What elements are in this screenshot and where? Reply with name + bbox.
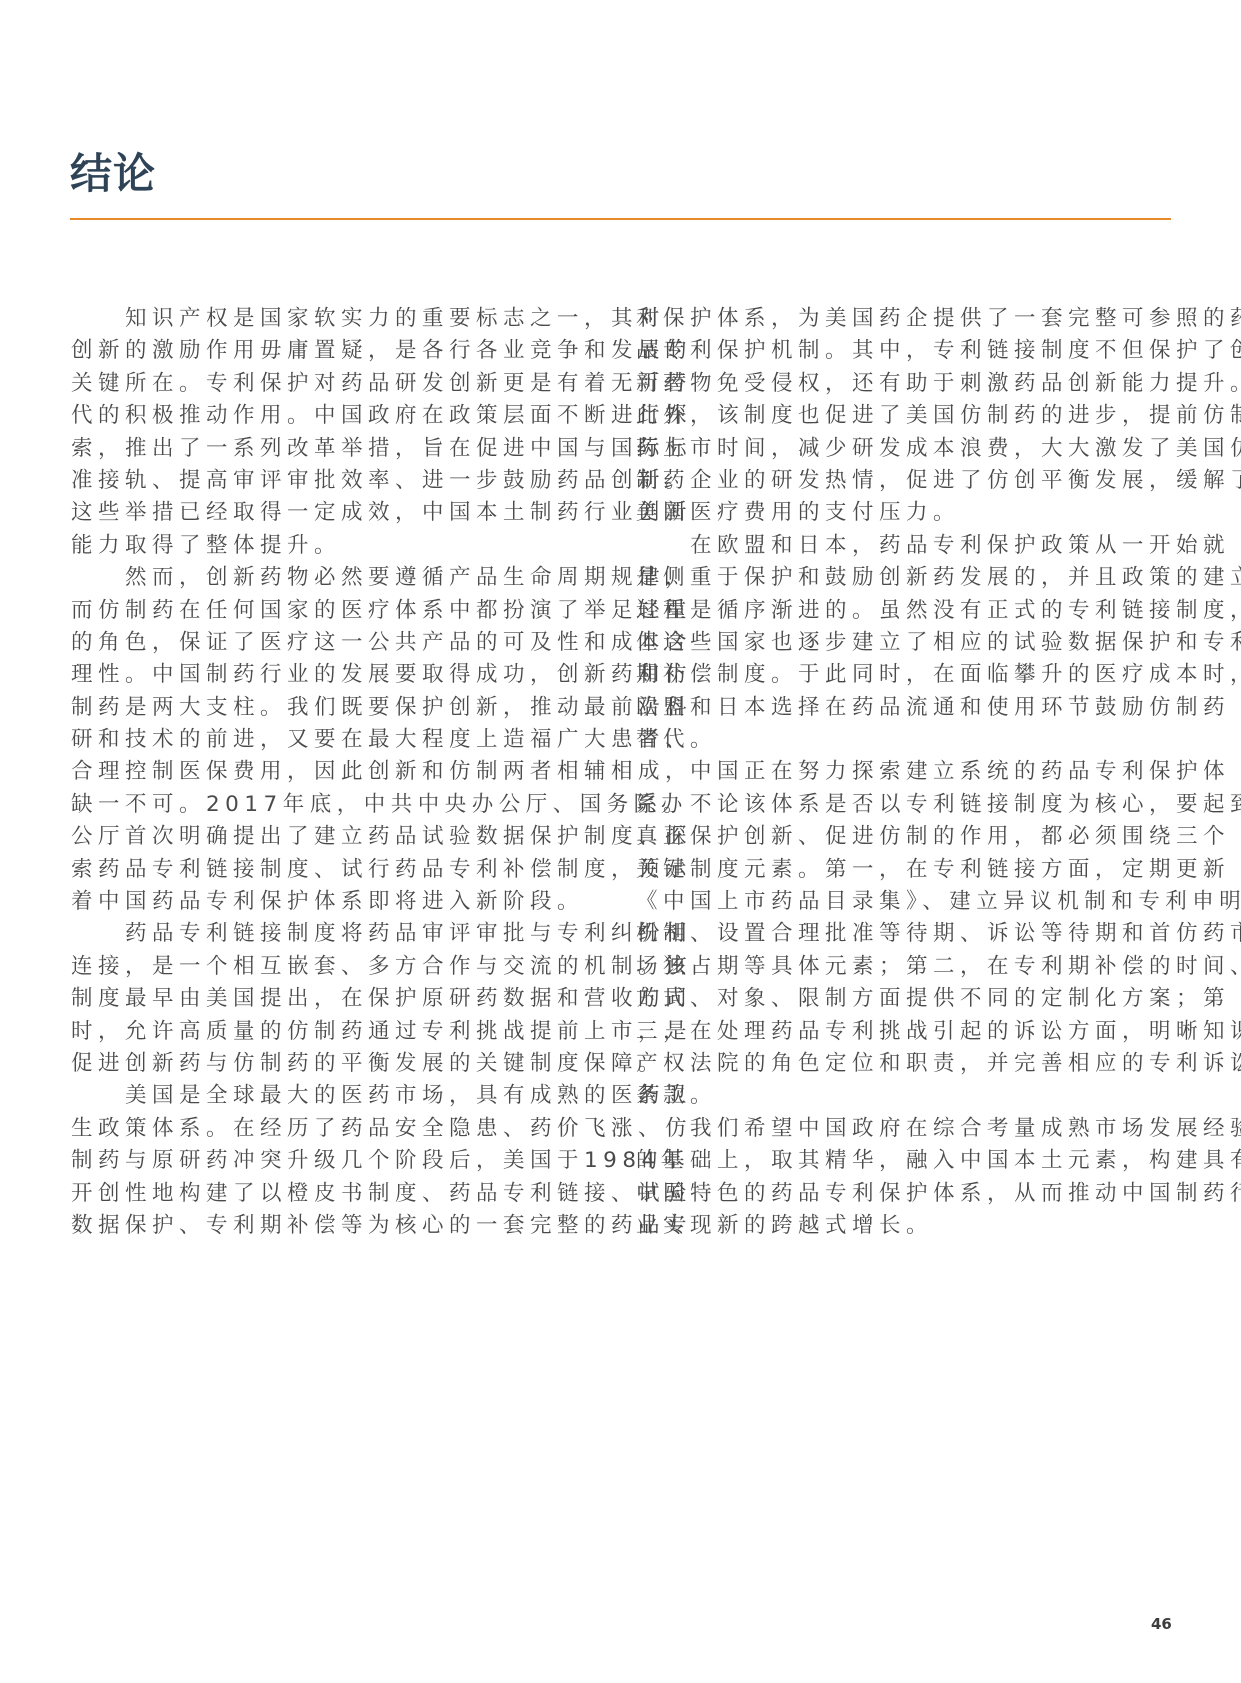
- text-line: 新药物免受侵权，还有助于刺激药品创新能力提升。: [636, 368, 1176, 400]
- text-line: 公厅首次明确提出了建立药品试验数据保护制度、探: [71, 821, 611, 853]
- text-line: 制度最早由美国提出，在保护原研药数据和营收的同: [71, 983, 611, 1015]
- page-number: 46: [1151, 1615, 1172, 1633]
- text-line: 药品专利链接制度将药品审评审批与专利纠纷相: [71, 918, 611, 950]
- text-line: 药上市时间，减少研发成本浪费，大大激发了美国仿: [636, 433, 1176, 465]
- text-line: 中国特色的药品专利保护体系，从而推动中国制药行: [636, 1178, 1176, 1210]
- text-line: 关键制度元素。第一，在专利链接方面，定期更新: [636, 854, 1176, 886]
- text-line: 但这些国家也逐步建立了相应的试验数据保护和专利: [636, 627, 1176, 659]
- text-line: 产权法院的角色定位和职责，并完善相应的专利诉讼: [636, 1048, 1176, 1080]
- text-line: 品专利保护机制。其中，专利链接制度不但保护了创: [636, 335, 1176, 367]
- text-line: 过程是循序渐进的。虽然没有正式的专利链接制度，: [636, 595, 1176, 627]
- text-line: 理性。中国制药行业的发展要取得成功，创新药和仿: [71, 659, 611, 691]
- text-line: 着中国药品专利保护体系即将进入新阶段。: [71, 886, 611, 918]
- text-line: 数据保护、专利期补偿等为核心的一套完整的药品专: [71, 1210, 611, 1242]
- text-line: 索，推出了一系列改革举措，旨在促进中国与国际标: [71, 433, 611, 465]
- text-line: 缺一不可。2017年底，中共中央办公厅、国务院办: [71, 789, 611, 821]
- text-line: 代的积极推动作用。中国政府在政策层面不断进行探: [71, 400, 611, 432]
- text-line: 场独占期等具体元素；第二，在专利期补偿的时间、: [636, 951, 1176, 983]
- text-line: 条款。: [636, 1080, 1176, 1112]
- text-line: 连接，是一个相互嵌套、多方合作与交流的机制。该: [71, 951, 611, 983]
- text-line: 研和技术的前进，又要在最大程度上造福广大患者、: [71, 724, 611, 756]
- text-line: 然而，创新药物必然要遵循产品生命周期规律，: [71, 562, 611, 594]
- text-line: 开创性地构建了以橙皮书制度、药品专利链接、试验: [71, 1178, 611, 1210]
- text-line: 时，允许高质量的仿制药通过专利挑战提前上市，是: [71, 1016, 611, 1048]
- text-line: 利保护体系，为美国药企提供了一套完整可参照的药: [636, 303, 1176, 335]
- text-line: 的基础上，取其精华，融入中国本土元素，构建具有: [636, 1145, 1176, 1177]
- text-line: 生政策体系。在经历了药品安全隐患、药价飞涨、仿: [71, 1113, 611, 1145]
- text-line: 此外，该制度也促进了美国仿制药的进步，提前仿制: [636, 400, 1176, 432]
- text-line: 准接轨、提高审评审批效率、进一步鼓励药品创新。: [71, 465, 611, 497]
- text-line: 《中国上市药品目录集》、建立异议机制和专利申明: [636, 886, 1176, 918]
- text-line: 促进创新药与仿制药的平衡发展的关键制度保障。: [71, 1048, 611, 1080]
- text-line: 合理控制医保费用，因此创新和仿制两者相辅相成，: [71, 756, 611, 788]
- text-line: 三，在处理药品专利挑战引起的诉讼方面，明晰知识: [636, 1016, 1176, 1048]
- text-line: 系。不论该体系是否以专利链接制度为核心，要起到: [636, 789, 1176, 821]
- right-column: 利保护体系，为美国药企提供了一套完整可参照的药 品专利保护机制。其中，专利链接制…: [636, 303, 1176, 1242]
- text-line: 制药是两大支柱。我们既要保护创新，推动最前沿科: [71, 692, 611, 724]
- text-line: 这些举措已经取得一定成效，中国本土制药行业创新: [71, 497, 611, 529]
- page-title: 结论: [70, 146, 156, 202]
- text-line: 方式、对象、限制方面提供不同的定制化方案；第: [636, 983, 1176, 1015]
- text-line: 制药与原研药冲突升级几个阶段后，美国于1984年: [71, 1145, 611, 1177]
- left-column: 知识产权是国家软实力的重要标志之一，其对 创新的激励作用毋庸置疑，是各行各业竞争…: [71, 303, 611, 1242]
- text-line: 能力取得了整体提升。: [71, 530, 611, 562]
- text-line: 在欧盟和日本，药品专利保护政策从一开始就: [636, 530, 1176, 562]
- text-line: 我们希望中国政府在综合考量成熟市场发展经验: [636, 1113, 1176, 1145]
- text-line: 关键所在。专利保护对药品研发创新更是有着无可替: [71, 368, 611, 400]
- text-line: 知识产权是国家软实力的重要标志之一，其对: [71, 303, 611, 335]
- text-line: 创新的激励作用毋庸置疑，是各行各业竞争和发展的: [71, 335, 611, 367]
- text-line: 机制、设置合理批准等待期、诉讼等待期和首仿药市: [636, 918, 1176, 950]
- text-line: 欧盟和日本选择在药品流通和使用环节鼓励仿制药: [636, 692, 1176, 724]
- text-line: 真正保护创新、促进仿制的作用，都必须围绕三个: [636, 821, 1176, 853]
- text-line: 索药品专利链接制度、试行药品专利补偿制度，预示: [71, 854, 611, 886]
- text-line: 期补偿制度。于此同时，在面临攀升的医疗成本时，: [636, 659, 1176, 691]
- text-line: 美国是全球最大的医药市场，具有成熟的医药卫: [71, 1080, 611, 1112]
- text-line: 美国医疗费用的支付压力。: [636, 497, 1176, 529]
- text-line: 替代。: [636, 724, 1176, 756]
- title-divider: [70, 218, 1171, 220]
- text-line: 制药企业的研发热情，促进了仿创平衡发展，缓解了: [636, 465, 1176, 497]
- text-line: 业实现新的跨越式增长。: [636, 1210, 1176, 1242]
- text-line: 中国正在努力探索建立系统的药品专利保护体: [636, 756, 1176, 788]
- text-line: 的角色，保证了医疗这一公共产品的可及性和成本合: [71, 627, 611, 659]
- text-line: 是侧重于保护和鼓励创新药发展的，并且政策的建立: [636, 562, 1176, 594]
- text-line: 而仿制药在任何国家的医疗体系中都扮演了举足轻重: [71, 595, 611, 627]
